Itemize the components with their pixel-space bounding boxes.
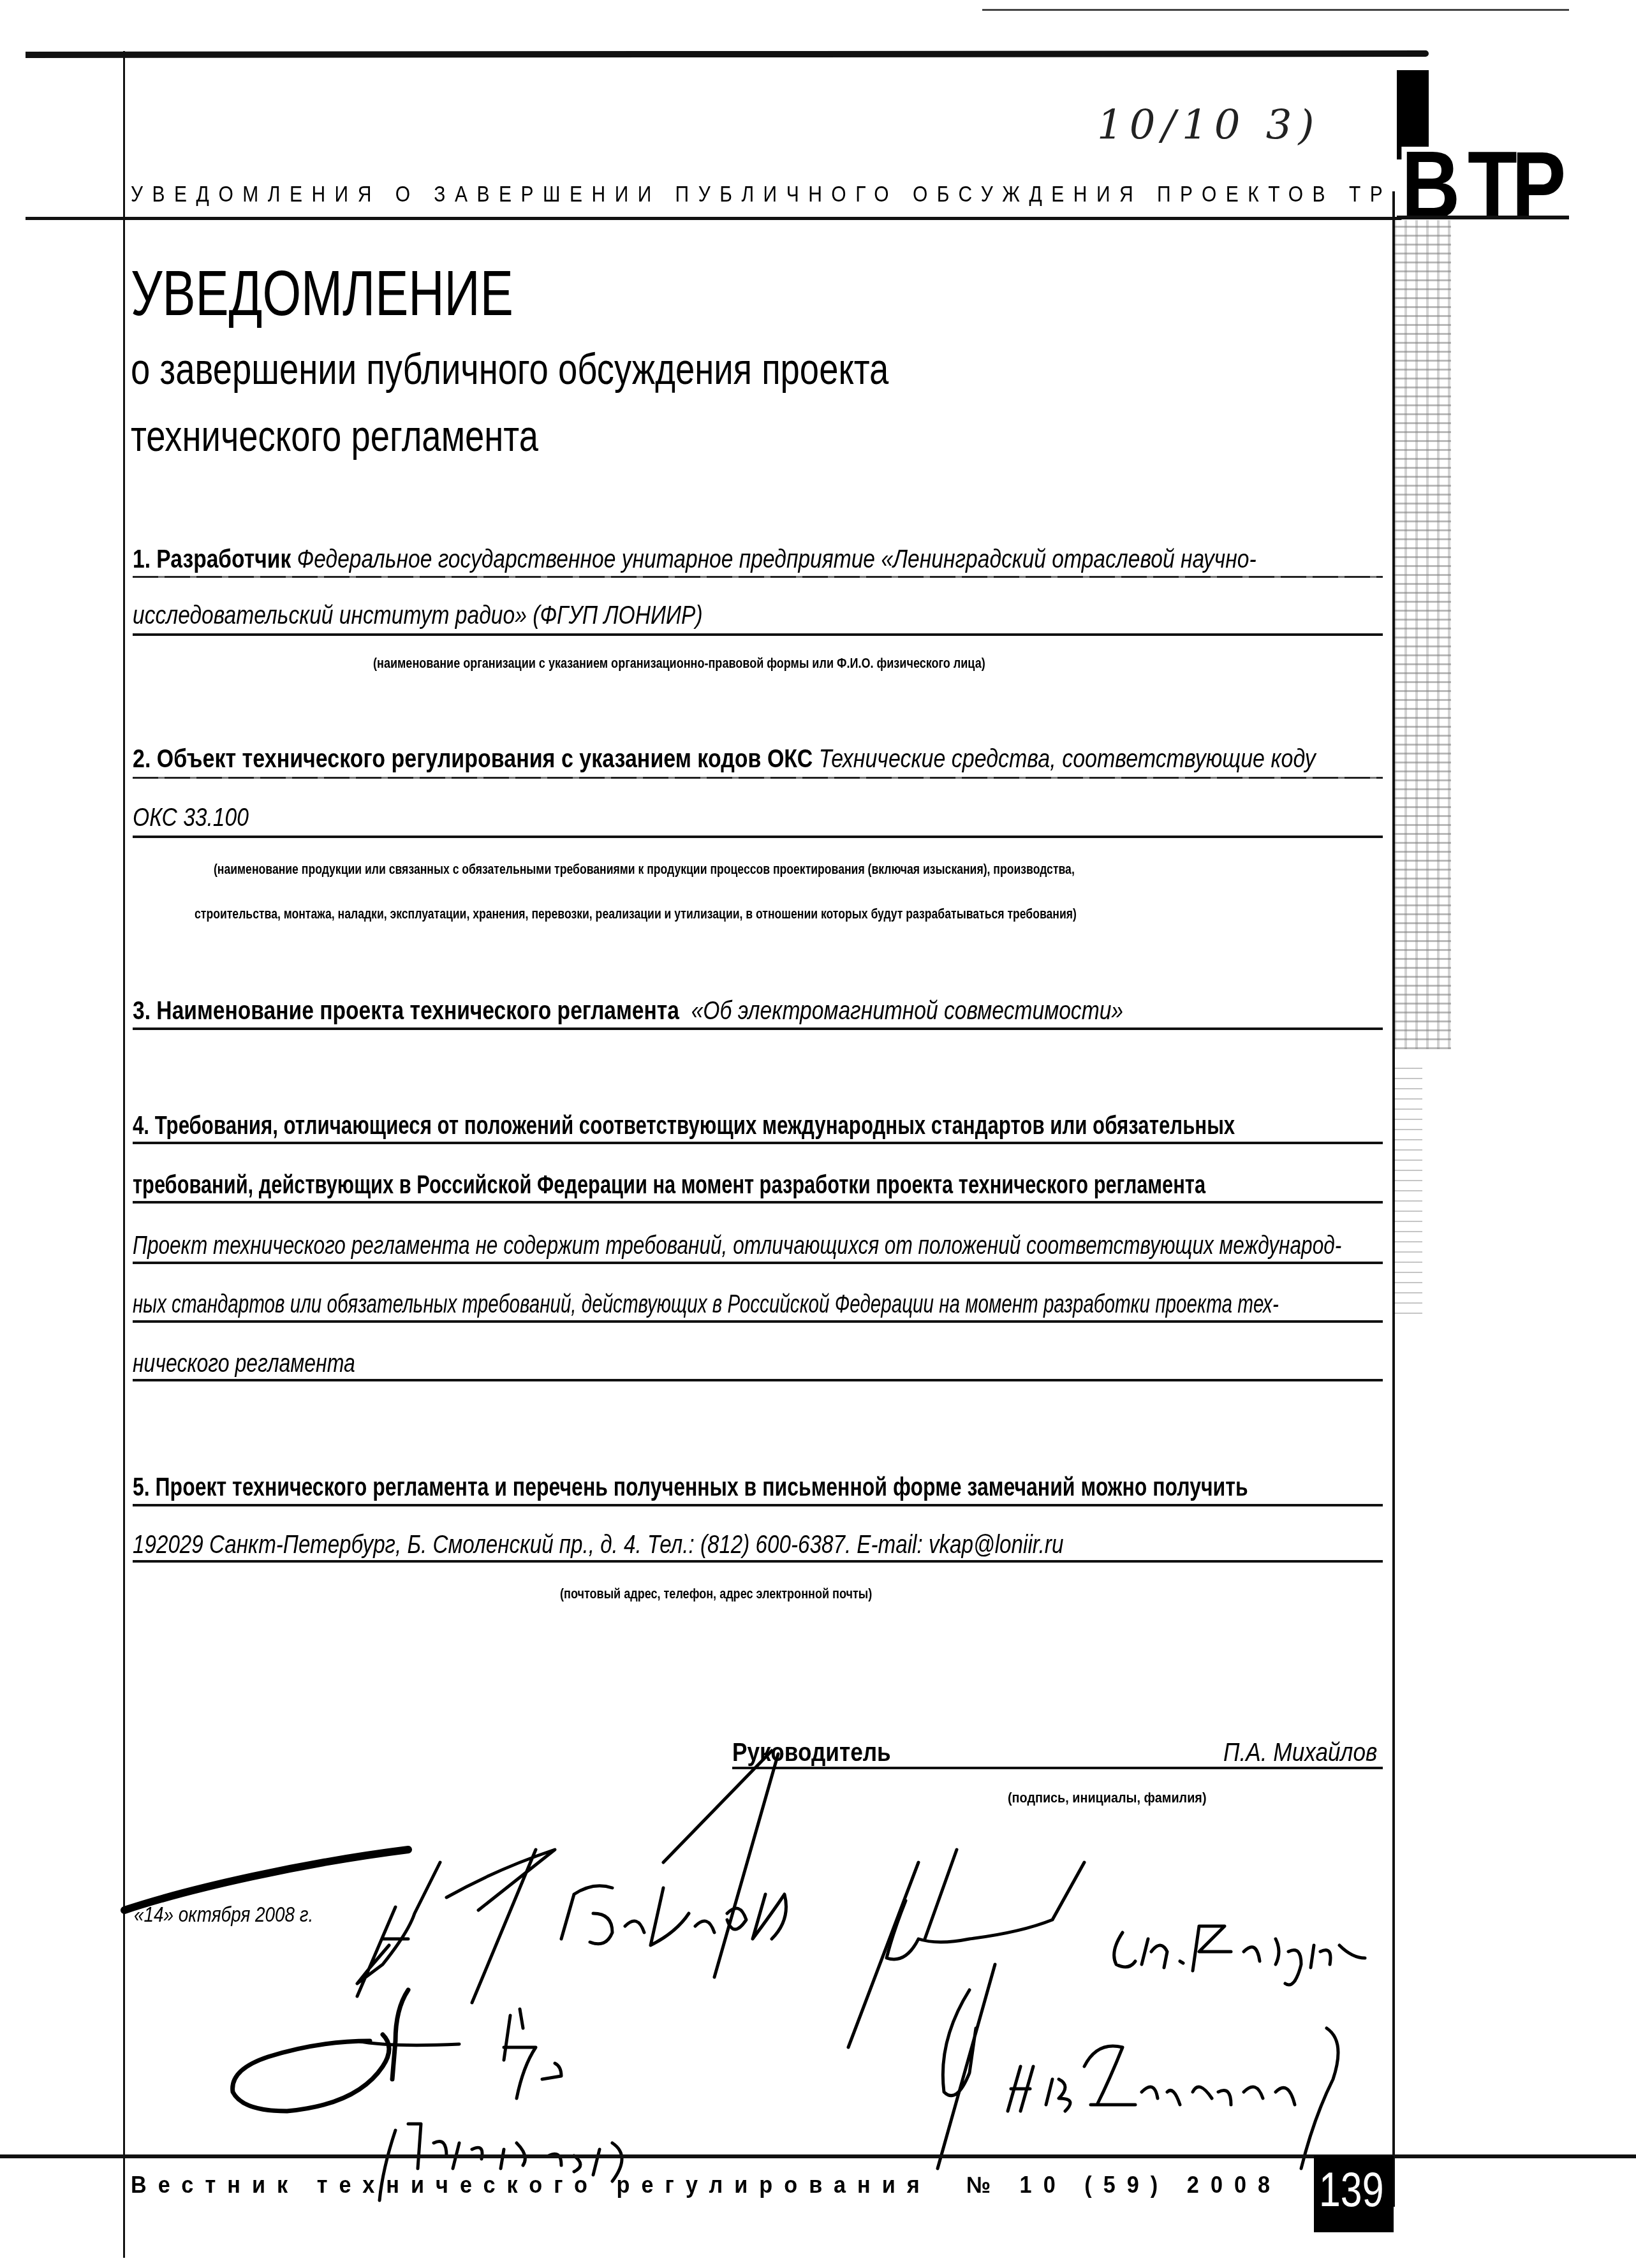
section-2-line-1: 2. Объект технического регулирования с у… (133, 746, 1194, 772)
page-title: УВЕДОМЛЕНИЕ (131, 261, 513, 325)
page-number: 139 (1319, 2162, 1383, 2218)
page-frame-left (123, 51, 125, 2258)
footer-journal-line: Вестник технического регулирования № 10 … (131, 2172, 1281, 2198)
section-4-underline-4 (133, 1320, 1383, 1323)
section-5-underline-1 (133, 1504, 1383, 1506)
signature-date: «14» октября 2008 г. (134, 1904, 313, 1926)
section-5-label: Проект технического регламента и перечен… (156, 1473, 1248, 1501)
section-3-number: 3. (133, 997, 151, 1025)
section-4-label-line-1: 4. Требования, отличающиеся от положений… (133, 1113, 1107, 1138)
section-5-caption: (почтовый адрес, телефон, адрес электрон… (560, 1586, 872, 1602)
section-4-value-line-3: нического регламента (133, 1351, 1131, 1376)
section-2-caption-line-1: (наименование продукции или связанных с … (214, 861, 1075, 878)
section-4-label-line-2: требований, действующих в Российской Фед… (133, 1172, 1094, 1198)
margin-scan-noise (1394, 220, 1451, 1049)
section-3-label: Наименование проекта технического реглам… (156, 997, 679, 1025)
top-scan-rule (26, 50, 1429, 58)
margin-scan-noise-lower (1394, 1059, 1422, 1314)
subtitle-line-1: о завершении публичного обсуждения проек… (131, 348, 888, 391)
signature-underline (732, 1767, 1383, 1769)
section-2-underline-1 (133, 777, 1383, 779)
top-edge-rule (982, 9, 1569, 11)
section-4-underline-3 (133, 1262, 1383, 1264)
logo-letters-tr: ТР (1468, 147, 1561, 223)
section-4-value-line-1: Проект технического регламента не содерж… (133, 1233, 1119, 1258)
section-5-value: 192029 Санкт-Петербург, Б. Смоленский пр… (133, 1532, 1169, 1557)
footer-journal-name: Вестник технического регулирования (131, 2172, 931, 2198)
section-1-value-line-2: исследовательский институт радио» (ФГУП … (133, 603, 1182, 628)
section-1-value-line-1: Федеральное государственное унитарное пр… (297, 545, 1256, 573)
section-4-underline-1 (133, 1142, 1383, 1144)
section-1-underline-2 (133, 633, 1383, 636)
section-5-number: 5. (133, 1473, 150, 1501)
section-2-label: Объект технического регулирования с указ… (157, 745, 813, 773)
logo-letter-b: В (1401, 147, 1455, 223)
subtitle-line-2: технического регламента (131, 415, 538, 458)
section-2-caption-line-2: строительства, монтажа, наладки, эксплуа… (195, 906, 1077, 922)
section-3-line: 3. Наименование проекта технического рег… (133, 998, 1182, 1024)
section-2-value-line-2: ОКС 33.100 (133, 805, 1182, 830)
section-1-number: 1. (133, 545, 151, 573)
section-3-underline (133, 1027, 1383, 1030)
footer-issue: № 10 (59) 2008 (966, 2172, 1281, 2198)
section-1-caption: (наименование организации с указанием ор… (373, 655, 985, 672)
section-4-underline-2 (133, 1201, 1383, 1204)
section-2-underline-2 (133, 836, 1383, 838)
section-4-number: 4. (133, 1112, 149, 1140)
signature-caption: (подпись, инициалы, фамилия) (1008, 1790, 1206, 1806)
handwritten-note-top: 10/10 3) (1097, 102, 1320, 149)
header-rule (26, 217, 1416, 220)
section-1-label: Разработчик (156, 545, 291, 573)
section-4-label-line-1-text: Требования, отличающиеся от положений со… (155, 1112, 1235, 1140)
header-banner: УВЕДОМЛЕНИЯ О ЗАВЕРШЕНИИ ПУБЛИЧНОГО ОБСУ… (131, 182, 1392, 207)
section-1-underline-1 (133, 576, 1383, 578)
signature-name: П.А. Михайлов (1223, 1740, 1377, 1765)
section-5-label-line: 5. Проект технического регламента и пере… (133, 1475, 1131, 1500)
signature-role: Руководитель (732, 1740, 891, 1765)
section-4-value-line-2: ных стандартов или обязательных требован… (133, 1292, 1057, 1317)
section-1-line-1: 1. Разработчик Федеральное государственн… (133, 547, 1182, 572)
logo-underline (1397, 216, 1569, 219)
section-2-number: 2. (133, 745, 151, 773)
section-3-value: «Об электромагнитной совместимости» (691, 997, 1123, 1025)
journal-logo: В ТР (1397, 140, 1569, 223)
section-2-value-line-1: Технические средства, соответствующие ко… (819, 745, 1316, 773)
section-4-underline-5 (133, 1379, 1383, 1381)
section-5-underline-2 (133, 1560, 1383, 1563)
